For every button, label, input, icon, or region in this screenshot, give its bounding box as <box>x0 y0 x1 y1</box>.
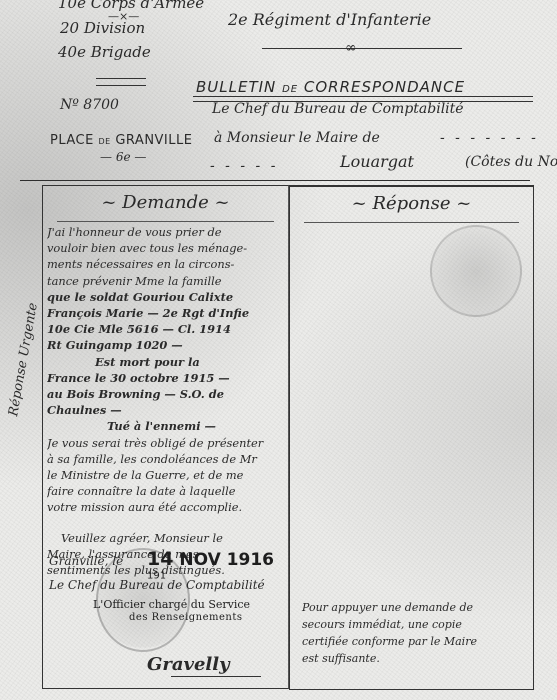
reponse-line: Pour appuyer une demande de <box>302 599 525 616</box>
header-divider <box>20 180 530 181</box>
bulletin-heading: BULLETIN DE CORRESPONDANCE <box>196 78 465 96</box>
place-prefix: PLACE <box>50 133 94 148</box>
demande-line: tance prévenir Mme la famille <box>47 273 284 289</box>
demande-line: François Marie — 2e Rgt d'Infie <box>47 305 284 321</box>
document-page: 10e Corps d'Armée —×— 20 Division 40e Br… <box>0 0 557 700</box>
demande-title: ~ Demande ~ <box>43 192 288 213</box>
service-stamp-line-2: des Renseignements <box>129 612 243 623</box>
brigade-label: 40e Brigade <box>58 43 151 61</box>
demande-line: que le soldat Gouriou Calixte <box>47 289 284 305</box>
place-name: GRANVILLE <box>115 133 192 148</box>
demande-line: ments nécessaires en la circons- <box>47 256 284 272</box>
demande-line: au Bois Browning — S.O. de <box>47 386 284 402</box>
demande-line: Chaulnes — <box>47 402 284 418</box>
recipient-line: à Monsieur le Maire de <box>214 130 380 146</box>
demande-line: 10e Cie Mle 5616 — Cl. 1914 <box>47 321 284 337</box>
reponse-panel: ~ Réponse ~ Pour appuyer une demande de … <box>289 185 534 690</box>
stamp-day: 14 <box>147 548 173 570</box>
commune-dashes: - - - - - <box>210 158 278 174</box>
demande-line: votre mission aura été accomplie. <box>47 499 284 515</box>
place-sub: — 6e — <box>100 150 146 164</box>
demande-line: Veuillez agréer, Monsieur le <box>47 530 284 546</box>
demande-line: France le 30 octobre 1915 — <box>47 370 284 386</box>
demande-line: le Ministre de la Guerre, et de me <box>47 467 284 483</box>
demande-panel: ~ Demande ~ J'ai l'honneur de vous prier… <box>42 185 289 689</box>
demande-line: J'ai l'honneur de vous prier de <box>47 224 284 240</box>
demande-line: Est mort pour la <box>47 354 284 370</box>
reponse-line: secours immédiat, une copie <box>302 616 525 633</box>
demande-line: Tué à l'ennemi — <box>47 418 284 434</box>
reponse-title-underline <box>304 222 519 223</box>
commune-name: Louargat <box>340 152 414 171</box>
demande-text: J'ai l'honneur de vous prier de vouloir … <box>47 224 284 578</box>
divider-double-line <box>96 78 146 86</box>
place-signed: Granville, le <box>49 554 123 568</box>
regiment-title: 2e Régiment d'Infanterie <box>228 10 431 29</box>
stamp-month-year: NOV 1916 <box>179 550 274 570</box>
demande-line: faire connaître la date à laquelle <box>47 483 284 499</box>
number-value: 8700 <box>83 97 119 113</box>
demande-line: Rt Guingamp 1020 — <box>47 337 284 353</box>
number-label: Nº <box>60 97 79 113</box>
reponse-line: certifiée conforme par le Maire <box>302 633 525 650</box>
signature-underline <box>171 676 261 677</box>
demande-line: Je vous serai très obligé de présenter <box>47 435 284 451</box>
department-name: (Côtes du Nord) <box>465 154 557 170</box>
demande-line: vouloir bien avec tous les ménage- <box>47 240 284 256</box>
sender-line: Le Chef du Bureau de Comptabilité <box>212 101 464 117</box>
reponse-note: Pour appuyer une demande de secours immé… <box>302 599 525 667</box>
bulletin-de: DE <box>282 84 298 95</box>
division-label: 20 Division <box>60 19 145 37</box>
demande-title-underline <box>57 221 274 222</box>
margin-note: Réponse Urgente <box>6 302 41 418</box>
flourish-line <box>262 48 462 49</box>
place-line: PLACE DE GRANVILLE <box>50 133 192 148</box>
signer-title: Le Chef du Bureau de Comptabilité <box>49 578 265 592</box>
place-de: DE <box>98 137 110 146</box>
signature: Gravelly <box>147 654 230 675</box>
reponse-line: est suffisante. <box>302 650 525 667</box>
service-stamp-line-1: L'Officier chargé du Service <box>93 598 250 611</box>
demande-line: à sa famille, les condoléances de Mr <box>47 451 284 467</box>
reponse-title: ~ Réponse ~ <box>290 193 533 214</box>
bulletin-subject: CORRESPONDANCE <box>304 78 465 96</box>
bulletin-title: BULLETIN <box>196 78 276 96</box>
recipient-dashes: - - - - - - - <box>440 130 539 146</box>
bulletin-number: Nº 8700 <box>60 97 119 113</box>
flourish-icon: ∞ <box>345 40 357 56</box>
